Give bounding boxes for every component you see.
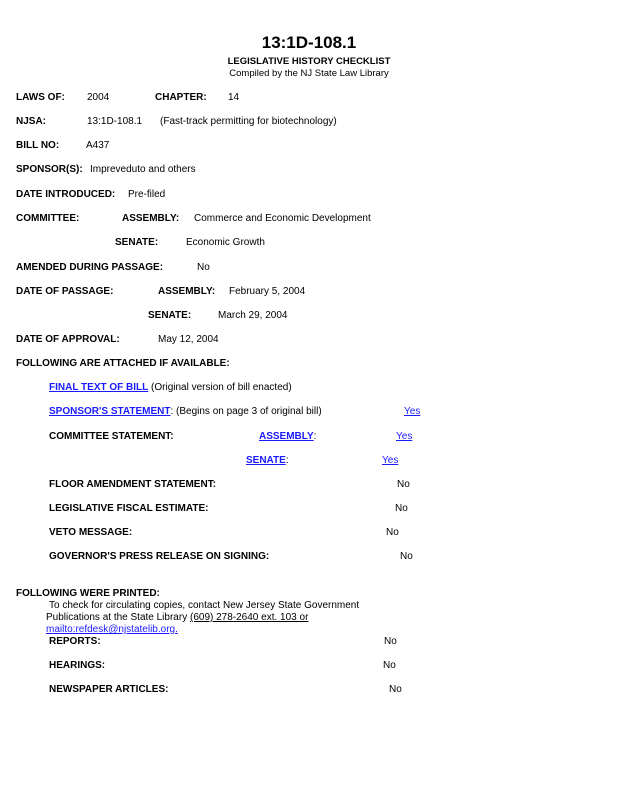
reports-value: No	[384, 636, 397, 648]
sponsor-statement-row: SPONSOR'S STATEMENT: (Begins on page 3 o…	[49, 406, 322, 418]
phone-link[interactable]: (609) 278-2640 ext. 103 or	[190, 612, 308, 623]
press-release-label: GOVERNOR'S PRESS RELEASE ON SIGNING:	[49, 551, 269, 563]
passage-senate-value: March 29, 2004	[218, 310, 288, 322]
hearings-value: No	[383, 660, 396, 672]
final-text-row: FINAL TEXT OF BILL (Original version of …	[49, 382, 292, 394]
date-introduced-label: DATE INTRODUCED:	[16, 189, 115, 201]
committee-senate-link[interactable]: SENATE	[246, 455, 286, 466]
colon: :	[286, 455, 289, 466]
passage-senate-label: SENATE:	[148, 310, 191, 322]
veto-label: VETO MESSAGE:	[49, 527, 132, 539]
committee-label: COMMITTEE:	[16, 213, 79, 225]
reports-label: REPORTS:	[49, 636, 101, 648]
final-text-note: (Original version of bill enacted)	[148, 382, 291, 393]
committee-statement-label: COMMITTEE STATEMENT:	[49, 431, 174, 443]
fiscal-estimate-label: LEGISLATIVE FISCAL ESTIMATE:	[49, 503, 208, 515]
hearings-label: HEARINGS:	[49, 660, 105, 672]
date-introduced-value: Pre-filed	[128, 189, 165, 201]
sponsor-statement-note: : (Begins on page 3 of original bill)	[170, 406, 321, 417]
floor-amendment-value: No	[397, 479, 410, 491]
date-of-approval-label: DATE OF APPROVAL:	[16, 334, 120, 346]
chapter-value: 14	[228, 92, 239, 104]
committee-statement-senate: SENATE:	[246, 455, 289, 467]
laws-of-value: 2004	[87, 92, 109, 104]
date-of-approval-value: May 12, 2004	[158, 334, 219, 346]
email-link[interactable]: mailto:refdesk@njstatelib.org.	[46, 624, 178, 636]
newspaper-value: No	[389, 684, 402, 696]
printed-note-line2: Publications at the State Library (609) …	[46, 612, 308, 624]
committee-assembly-value: Commerce and Economic Development	[194, 213, 371, 225]
sponsor-statement-yes-link[interactable]: Yes	[404, 406, 420, 418]
date-of-passage-label: DATE OF PASSAGE:	[16, 286, 113, 298]
document-subtitle: LEGISLATIVE HISTORY CHECKLIST	[0, 56, 618, 68]
chapter-label: CHAPTER:	[155, 92, 207, 104]
printed-heading: FOLLOWING WERE PRINTED:	[16, 588, 160, 600]
njsa-description: (Fast-track permitting for biotechnology…	[160, 116, 337, 128]
committee-senate-yes-link[interactable]: Yes	[382, 455, 398, 467]
newspaper-label: NEWSPAPER ARTICLES:	[49, 684, 168, 696]
compiled-by: Compiled by the NJ State Law Library	[0, 68, 618, 80]
laws-of-label: LAWS OF:	[16, 92, 65, 104]
printed-note-prefix: Publications at the State Library	[46, 612, 190, 623]
bill-no-label: BILL NO:	[16, 140, 59, 152]
press-release-value: No	[400, 551, 413, 563]
committee-senate-value: Economic Growth	[186, 237, 265, 249]
amended-value: No	[197, 262, 210, 274]
committee-assembly-yes-link[interactable]: Yes	[396, 431, 412, 443]
sponsors-value: Impreveduto and others	[90, 164, 196, 176]
amended-label: AMENDED DURING PASSAGE:	[16, 262, 163, 274]
page-title: 13:1D-108.1	[0, 33, 618, 53]
final-text-link[interactable]: FINAL TEXT OF BILL	[49, 382, 148, 393]
njsa-label: NJSA:	[16, 116, 46, 128]
bill-no-value: A437	[86, 140, 109, 152]
committee-senate-label: SENATE:	[115, 237, 158, 249]
sponsors-label: SPONSOR(S):	[16, 164, 83, 176]
printed-note-line1: To check for circulating copies, contact…	[49, 600, 359, 612]
floor-amendment-label: FLOOR AMENDMENT STATEMENT:	[49, 479, 216, 491]
committee-assembly-label: ASSEMBLY:	[122, 213, 179, 225]
colon: :	[314, 431, 317, 442]
committee-statement-assembly: ASSEMBLY:	[259, 431, 316, 443]
committee-assembly-link[interactable]: ASSEMBLY	[259, 431, 314, 442]
njsa-value: 13:1D-108.1	[87, 116, 142, 128]
sponsor-statement-link[interactable]: SPONSOR'S STATEMENT	[49, 406, 170, 417]
fiscal-estimate-value: No	[395, 503, 408, 515]
attached-heading: FOLLOWING ARE ATTACHED IF AVAILABLE:	[16, 358, 230, 370]
passage-assembly-value: February 5, 2004	[229, 286, 305, 298]
passage-assembly-label: ASSEMBLY:	[158, 286, 215, 298]
veto-value: No	[386, 527, 399, 539]
